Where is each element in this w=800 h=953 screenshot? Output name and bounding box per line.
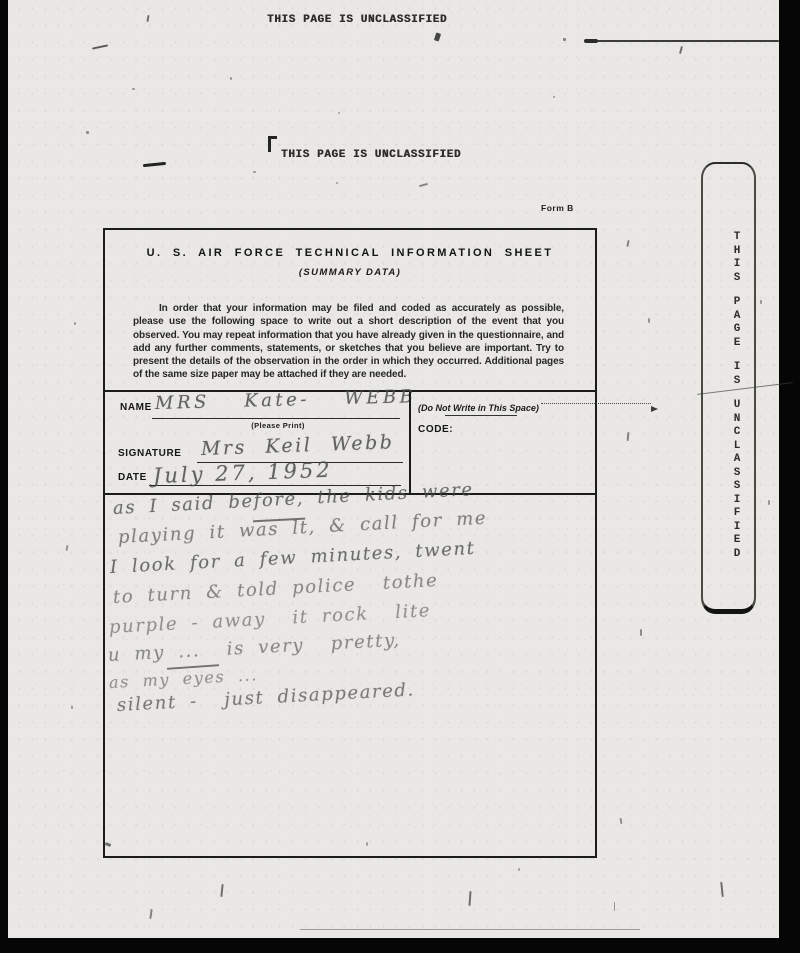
signature-handwritten-value: Mrs Keil Webb	[201, 431, 395, 460]
name-handwritten-value: MRS Kate- WEBB	[155, 386, 417, 414]
scan-scratch-line	[588, 40, 779, 42]
scan-edge-right	[779, 0, 800, 953]
scanned-document-page: THIS PAGE IS UNCLASSIFIED THIS PAGE IS U…	[0, 0, 800, 953]
form-b-label: Form B	[541, 203, 574, 213]
unclassified-stamp-middle: THIS PAGE IS UNCLASSIFIED	[281, 149, 461, 161]
date-label: DATE	[118, 472, 147, 483]
do-not-write-underline	[445, 415, 517, 416]
scan-edge-left	[0, 0, 8, 953]
scan-mark	[143, 162, 166, 167]
form-subtitle: (SUMMARY DATA)	[105, 267, 595, 278]
name-label: NAME	[120, 402, 152, 413]
identification-fields-section: NAME MRS Kate- WEBB (Please Print) SIGNA…	[105, 390, 595, 495]
scan-mark	[268, 136, 277, 139]
date-handwritten-value: July 27, 1952	[153, 458, 333, 488]
scan-edge-bottom	[0, 938, 800, 953]
arrow-icon	[651, 406, 658, 412]
do-not-write-label: (Do Not Write in This Space)	[418, 403, 539, 413]
please-print-hint: (Please Print)	[223, 421, 333, 430]
name-field-rule	[152, 418, 400, 419]
signature-label: SIGNATURE	[118, 448, 182, 459]
unclassified-stamp-top: THIS PAGE IS UNCLASSIFIED	[267, 14, 447, 26]
code-label: CODE:	[418, 424, 453, 435]
technical-information-sheet-form: U. S. AIR FORCE TECHNICAL INFORMATION SH…	[103, 228, 597, 858]
form-instructions: In order that your information may be fi…	[133, 302, 564, 382]
dotted-leader-line	[541, 403, 651, 404]
side-stamp-letters: THISPAGEISUNCLASSIFIED	[722, 231, 752, 561]
fields-vertical-divider	[409, 392, 411, 493]
form-title: U. S. AIR FORCE TECHNICAL INFORMATION SH…	[105, 247, 595, 259]
scan-scratch-line	[300, 929, 640, 930]
